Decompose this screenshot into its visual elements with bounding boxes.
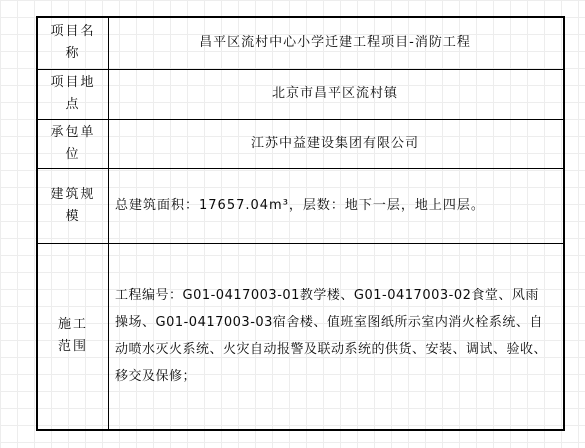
table-row-construction-scope: 施工 范围 工程编号：G01-0417003-01教学楼、G01-0417003…	[37, 243, 564, 430]
row-label-building-scale: 建筑规 模	[37, 168, 109, 243]
label-line: 建筑规	[38, 184, 108, 206]
label-line: 称	[38, 43, 108, 65]
row-value-project-name: 昌平区流村中心小学迁建工程项目-消防工程	[109, 17, 565, 69]
document-page: 项目名 称 昌平区流村中心小学迁建工程项目-消防工程 项目地 点 北京市昌平区流…	[36, 16, 565, 431]
row-label-project-name: 项目名 称	[37, 17, 109, 69]
row-value-contractor: 江苏中益建设集团有限公司	[109, 119, 565, 168]
row-label-project-location: 项目地 点	[37, 69, 109, 119]
label-line: 点	[38, 94, 108, 116]
row-value-building-scale: 总建筑面积：17657.04m³，层数：地下一层，地上四层。	[109, 168, 565, 243]
label-line: 项目名	[38, 21, 108, 43]
label-line: 位	[38, 144, 108, 166]
table-row-contractor: 承包单 位 江苏中益建设集团有限公司	[37, 119, 564, 168]
label-line: 范围	[38, 336, 108, 358]
label-line: 模	[38, 206, 108, 228]
table-row-building-scale: 建筑规 模 总建筑面积：17657.04m³，层数：地下一层，地上四层。	[37, 168, 564, 243]
label-line: 承包单	[38, 122, 108, 144]
row-value-construction-scope: 工程编号：G01-0417003-01教学楼、G01-0417003-02食堂、…	[109, 243, 565, 430]
label-line: 施工	[38, 314, 108, 336]
project-info-table: 项目名 称 昌平区流村中心小学迁建工程项目-消防工程 项目地 点 北京市昌平区流…	[36, 16, 565, 431]
table-row-project-name: 项目名 称 昌平区流村中心小学迁建工程项目-消防工程	[37, 17, 564, 69]
table-row-project-location: 项目地 点 北京市昌平区流村镇	[37, 69, 564, 119]
row-value-project-location: 北京市昌平区流村镇	[109, 69, 565, 119]
label-line: 项目地	[38, 72, 108, 94]
row-label-contractor: 承包单 位	[37, 119, 109, 168]
row-label-construction-scope: 施工 范围	[37, 243, 109, 430]
